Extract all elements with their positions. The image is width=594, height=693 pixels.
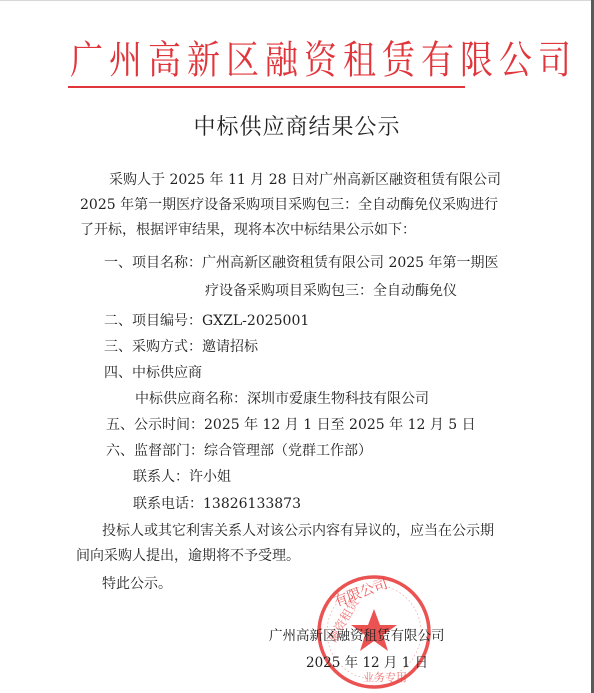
phone-label: 联系电话： [133, 496, 203, 512]
contact-label: 联系人： [133, 469, 189, 485]
project-name-value-2: 疗设备采购项目采购包三：全自动酶免仪 [205, 281, 457, 301]
project-name-label: 一、项目名称： [104, 255, 202, 271]
intro-line-3: 了开标，根据评审结果，现将本次中标结果公示如下： [80, 220, 416, 240]
contact-person: 联系人：许小姐 [133, 467, 231, 487]
letterhead-company-name: 广州高新区融资租赁有限公司 [70, 30, 530, 85]
item-project-number: 二、项目编号：GXZL-2025001 [104, 311, 309, 331]
contact-value: 许小姐 [189, 469, 231, 485]
supplier-name-value: 深圳市爱康生物科技有限公司 [247, 391, 429, 407]
letterhead-divider [68, 86, 465, 88]
project-number-label: 二、项目编号： [104, 313, 202, 329]
signature-date: 2025 年 12 月 1 日 [306, 653, 428, 673]
objection-line-1: 投标人或其它利害关系人对该公示内容有异议的，应当在公示期 [102, 521, 494, 541]
closing-statement: 特此公示。 [102, 574, 172, 594]
item-supervision: 六、监督部门：综合管理部（党群工作部） [106, 441, 372, 461]
procurement-method-value: 邀请招标 [202, 339, 258, 355]
intro-line-2: 2025 年第一期医疗设备采购项目采购包三：全自动酶免仪采购进行 [80, 195, 498, 215]
winning-supplier-name: 中标供应商名称：深圳市爱康生物科技有限公司 [135, 389, 429, 409]
supplier-name-label: 中标供应商名称： [135, 391, 247, 407]
intro-line-1: 采购人于 2025 年 11 月 28 日对广州高新区融资租赁有限公司 [109, 170, 501, 190]
objection-line-2: 间向采购人提出，逾期将不予受理。 [76, 546, 300, 566]
page-top-border [0, 0, 594, 1]
signature-company: 广州高新区融资租赁有限公司 [269, 626, 445, 646]
project-name-value-1: 广州高新区融资租赁有限公司 2025 年第一期医 [202, 255, 499, 271]
contact-phone: 联系电话：13826133873 [133, 494, 301, 514]
publicity-period-label: 五、公示时间： [106, 417, 204, 433]
svg-text:有限公司: 有限公司 [332, 576, 390, 610]
project-number-value: GXZL-2025001 [202, 313, 309, 329]
procurement-method-label: 三、采购方式： [104, 339, 202, 355]
document-title: 中标供应商结果公示 [0, 110, 594, 141]
winning-supplier-heading: 四、中标供应商 [104, 363, 202, 383]
publicity-period-value: 2025 年 12 月 1 日至 2025 年 12 月 5 日 [204, 417, 476, 433]
item-publicity-period: 五、公示时间：2025 年 12 月 1 日至 2025 年 12 月 5 日 [106, 415, 476, 435]
supervision-value: 综合管理部（党群工作部） [204, 443, 372, 459]
supervision-label: 六、监督部门： [106, 443, 204, 459]
item-procurement-method: 三、采购方式：邀请招标 [104, 337, 258, 357]
phone-value: 13826133873 [203, 496, 301, 512]
